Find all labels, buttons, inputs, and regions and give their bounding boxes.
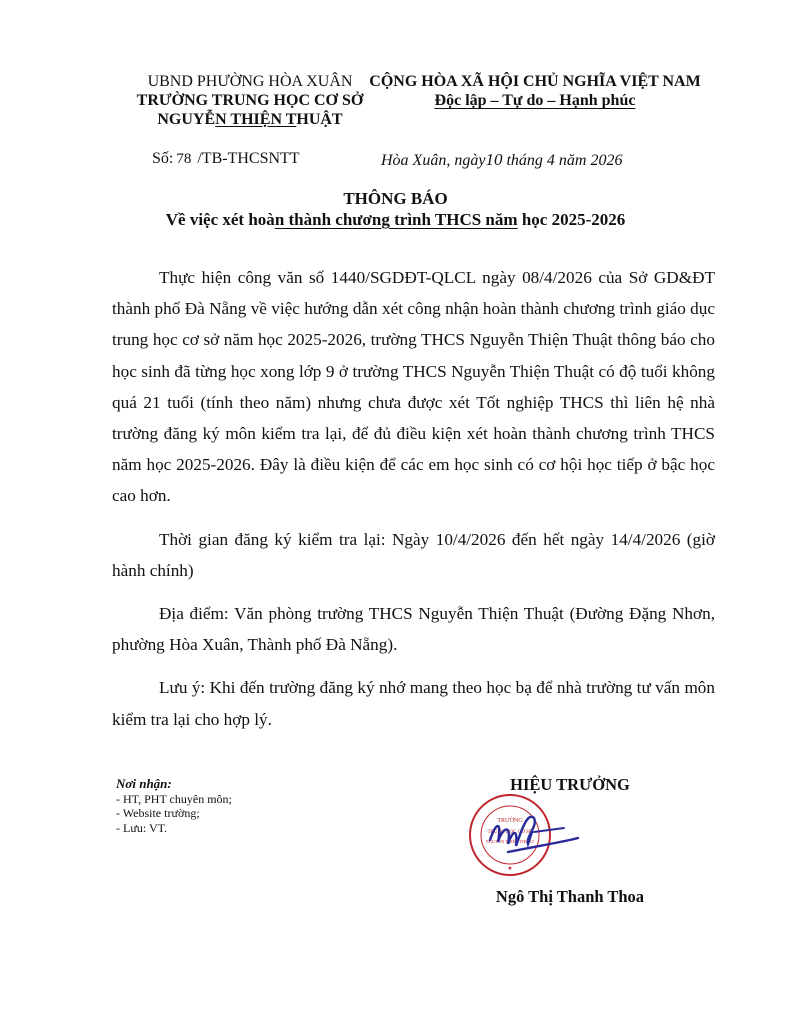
recipient-item: - Lưu: VT. xyxy=(116,821,232,836)
official-seal-icon: TRƯỜNG TRUNG HỌC CƠ SỞ NGUYỄN THIỆN THUẬ… xyxy=(468,792,580,878)
document-body: Thực hiện công văn số 1440/SGDĐT-QLCL ng… xyxy=(112,262,715,747)
title-subject: Về việc xét hoàn thành chương trình THCS… xyxy=(0,209,791,230)
signer-name: Ngô Thị Thanh Thoa xyxy=(470,887,670,907)
nation-name: CỘNG HÒA XÃ HỘI CHỦ NGHĨA VIỆT NAM xyxy=(360,72,710,91)
recipients-heading: Nơi nhận: xyxy=(116,777,232,792)
body-paragraph: Thực hiện công văn số 1440/SGDĐT-QLCL ng… xyxy=(112,262,715,512)
title-main: THÔNG BÁO xyxy=(0,188,791,209)
document-title: THÔNG BÁO Về việc xét hoàn thành chương … xyxy=(0,188,791,230)
recipient-item: - HT, PHT chuyên môn; xyxy=(116,792,232,807)
svg-text:TRƯỜNG: TRƯỜNG xyxy=(497,816,523,824)
authority-name: UBND PHƯỜNG HÒA XUÂN xyxy=(100,72,400,91)
body-paragraph: Địa điểm: Văn phòng trường THCS Nguyễn T… xyxy=(112,598,715,660)
issuing-authority-block: UBND PHƯỜNG HÒA XUÂN TRƯỜNG TRUNG HỌC CƠ… xyxy=(100,72,400,129)
body-paragraph: Lưu ý: Khi đến trường đăng ký nhớ mang t… xyxy=(112,672,715,734)
recipients-block: Nơi nhận: - HT, PHT chuyên môn; - Websit… xyxy=(116,777,232,835)
svg-text:★: ★ xyxy=(507,865,512,872)
national-motto: Độc lập – Tự do – Hạnh phúc xyxy=(435,92,636,109)
school-name-line2: NGUYỄN THIỆN THUẬT xyxy=(100,110,400,129)
national-header: CỘNG HÒA XÃ HỘI CHỦ NGHĨA VIỆT NAM Độc l… xyxy=(360,72,710,110)
place-and-date: Hòa Xuân, ngày10 tháng 4 năm 2026 xyxy=(381,150,622,170)
document-number: Số:78/TB-THCSNTT xyxy=(152,150,300,168)
body-paragraph: Thời gian đăng ký kiểm tra lại: Ngày 10/… xyxy=(112,524,715,586)
recipient-item: - Website trường; xyxy=(116,806,232,821)
school-name-line1: TRƯỜNG TRUNG HỌC CƠ SỞ xyxy=(100,91,400,110)
